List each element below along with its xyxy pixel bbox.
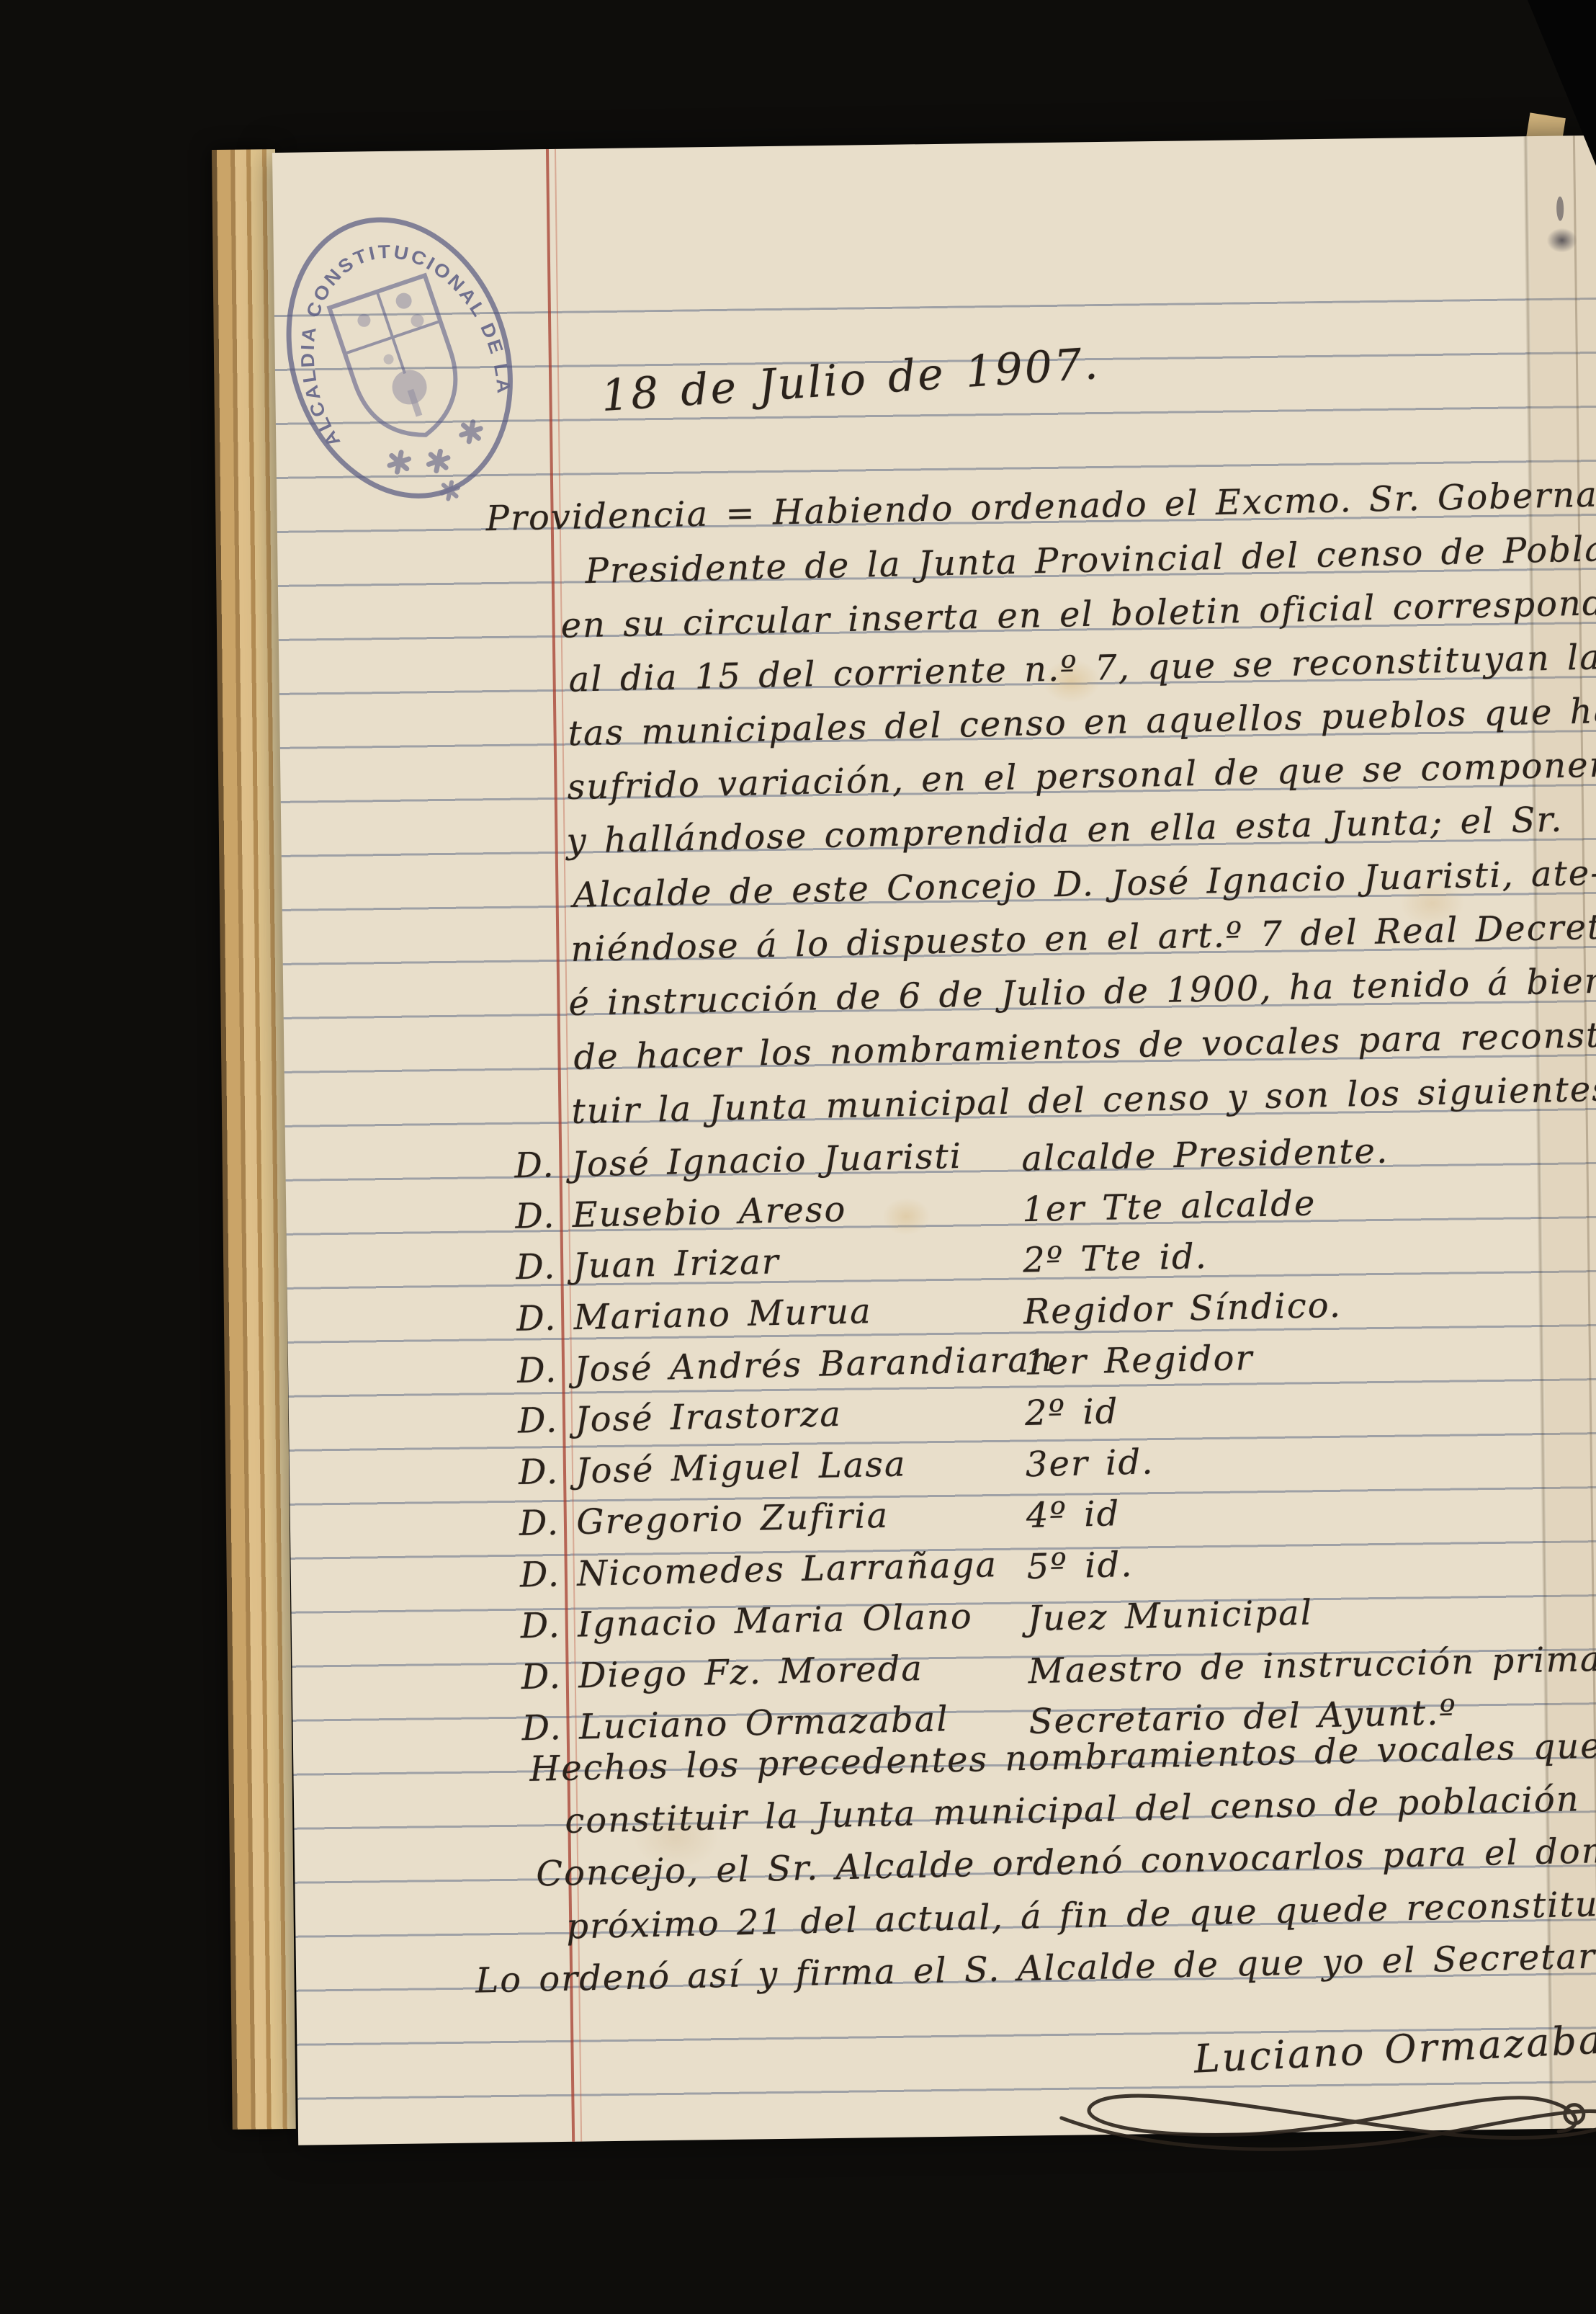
appointment-name: D. Ignacio Maria Olano [520,1599,973,1644]
appointment-name: D. José Andrés Barandiaran [517,1342,1054,1388]
background-corner-shadow [1528,0,1596,166]
appointment-role: Regidor Síndico. [1023,1288,1342,1330]
stamp-star-icon [387,451,411,474]
appointment-name: D. José Ignacio Juaristi [514,1139,963,1184]
appointment-name: D. Juan Irizar [516,1244,780,1285]
appointment-name: D. Nicomedes Larrañaga [519,1547,997,1592]
appointment-role: 5º id. [1026,1547,1134,1584]
appointment-role: Juez Municipal [1027,1596,1313,1637]
appointment-role: 1er Regidor [1024,1341,1254,1380]
signature-flourish [1032,2060,1596,2168]
appointment-name: D. Luciano Ormazabal [521,1702,949,1746]
appointment-name: D. Eusebio Areso [515,1192,847,1234]
stamp-shield-icon [329,275,473,451]
appointment-name: D. José Irastorza [518,1397,843,1439]
manuscript-page: ALCALDIA CONSTITUCIONAL DE LAZCANO [272,135,1596,2145]
photo-background: ALCALDIA CONSTITUCIONAL DE LAZCANO [0,0,1596,2314]
appointment-role: alcalde Presidente. [1021,1134,1389,1176]
appointment-role: 2º id [1024,1394,1118,1431]
stamp-star-icon [426,450,451,473]
appointment-name: D. José Miguel Lasa [518,1447,907,1490]
appointment-name: D. Gregorio Zufiria [519,1498,889,1541]
appointment-role: 1er Tte alcalde [1022,1186,1317,1227]
appointment-name: D. Mariano Murua [516,1294,873,1336]
appointment-role: 3er id. [1025,1444,1154,1482]
appointment-name: D. Diego Fz. Moreda [521,1651,923,1694]
appointment-role: 4º id [1026,1496,1120,1533]
ink-blot-small [1556,197,1564,221]
stamp-star-icon [459,420,483,443]
appointment-role: 2º Tte id. [1023,1239,1209,1278]
municipal-stamp: ALCALDIA CONSTITUCIONAL DE LAZCANO [279,202,521,514]
stamp-seal-icon: ALCALDIA CONSTITUCIONAL DE LAZCANO [279,202,521,514]
